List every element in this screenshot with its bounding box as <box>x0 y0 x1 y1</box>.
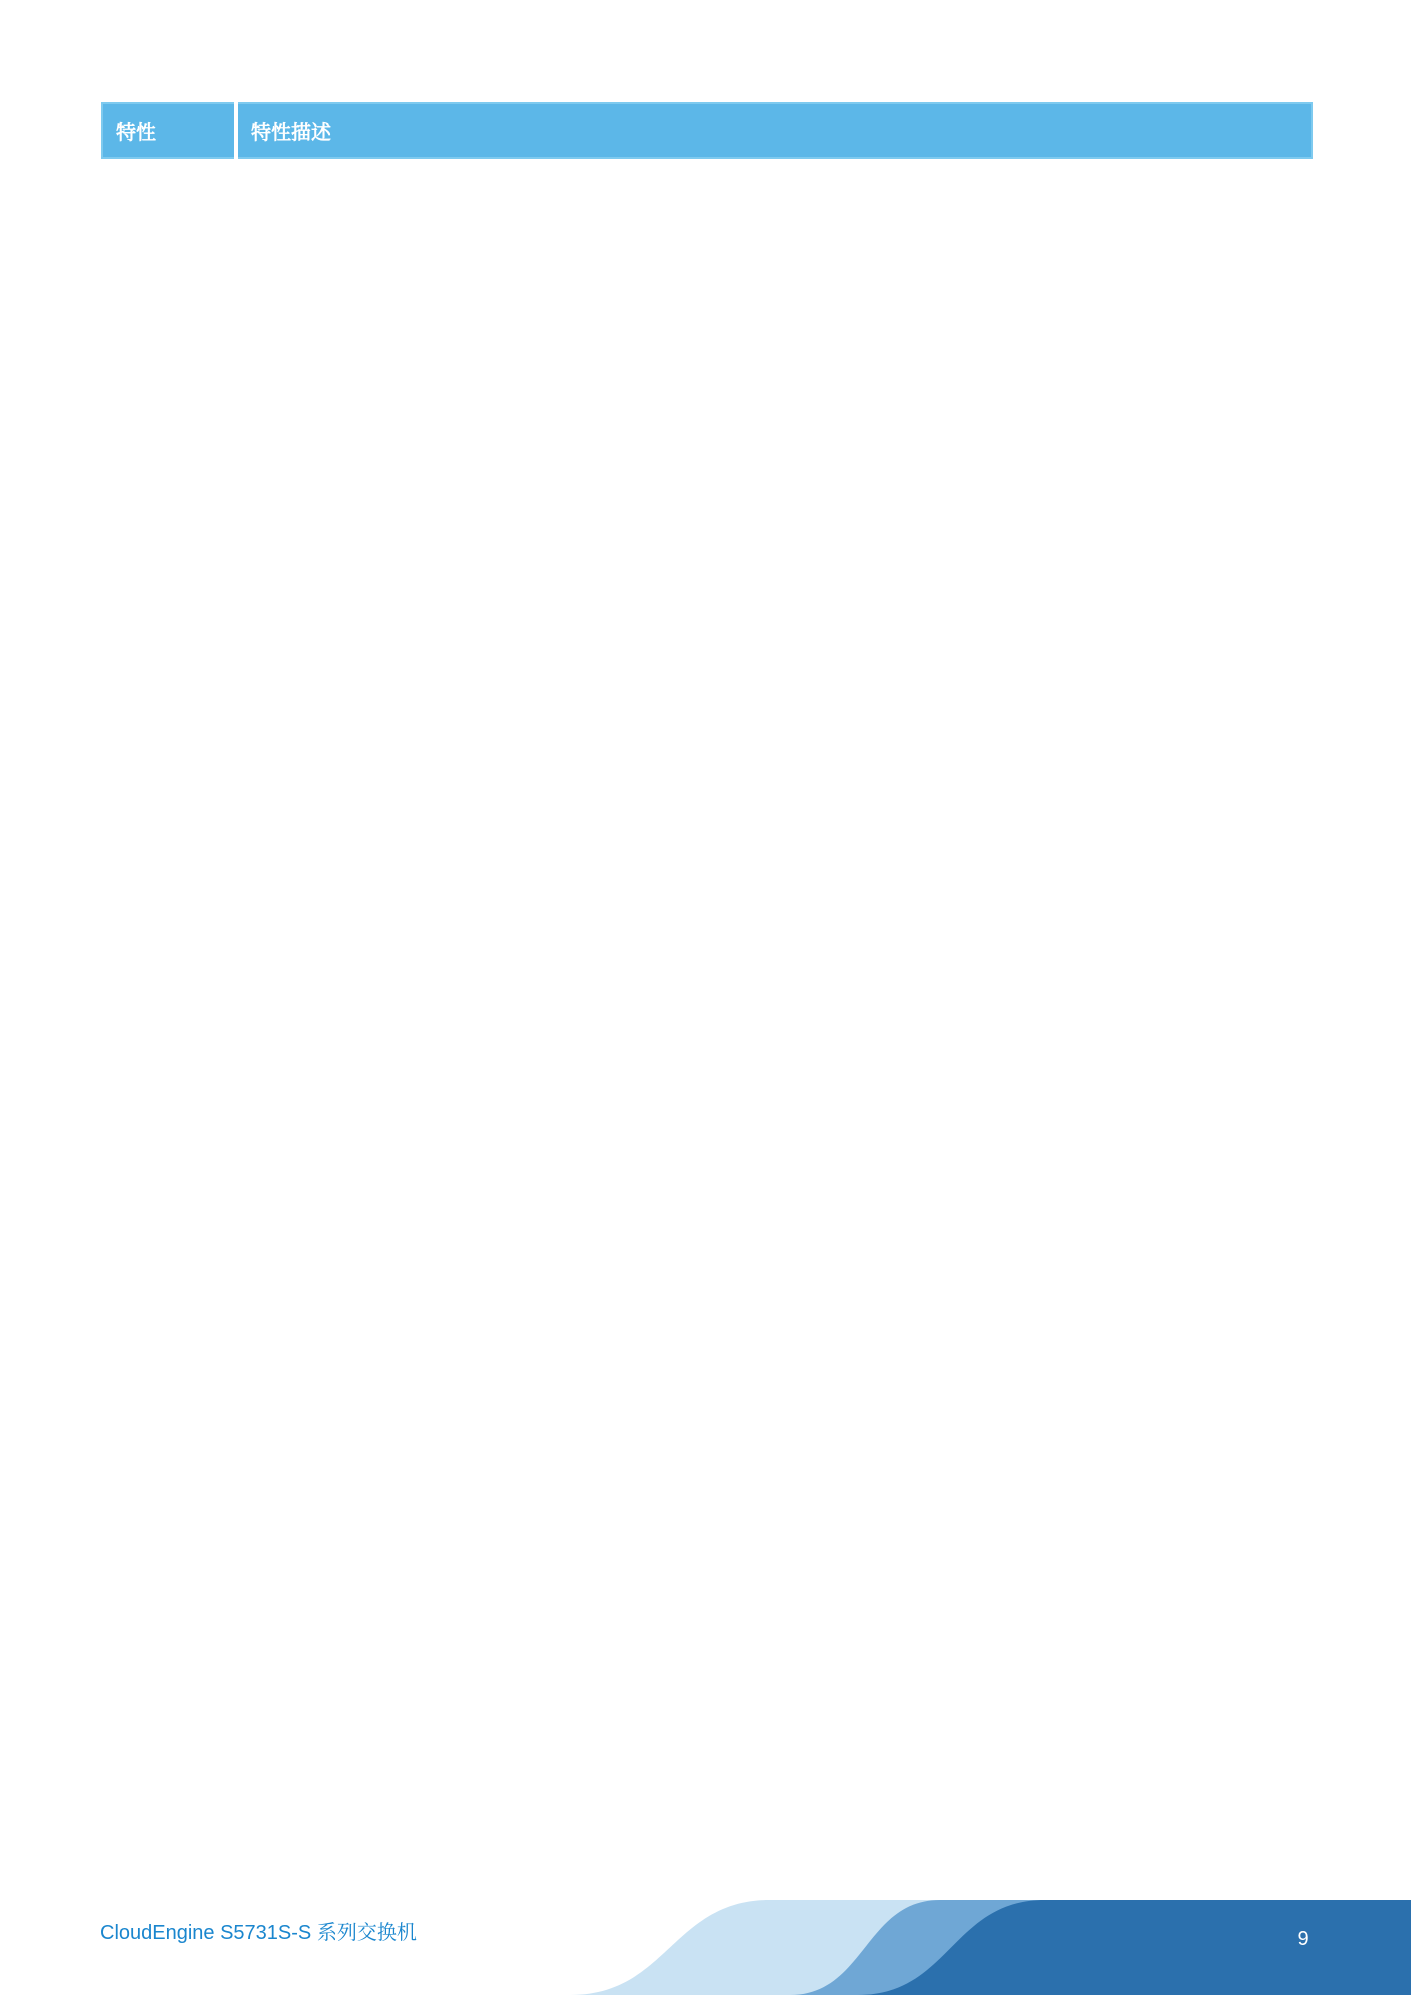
footer-doc-title: CloudEngine S5731S-S 系列交换机 <box>100 1919 417 1947</box>
page-number: 9 <box>1288 1927 1318 1951</box>
table-header-row: 特性 特性描述 <box>102 103 1312 158</box>
document-page: 特性 特性描述 CloudEngine S5731S-S 系列交换机 9 <box>0 0 1411 1995</box>
column-header-feature-description: 特性描述 <box>236 103 1312 158</box>
feature-table: 特性 特性描述 <box>101 102 1313 159</box>
column-header-feature: 特性 <box>102 103 236 158</box>
